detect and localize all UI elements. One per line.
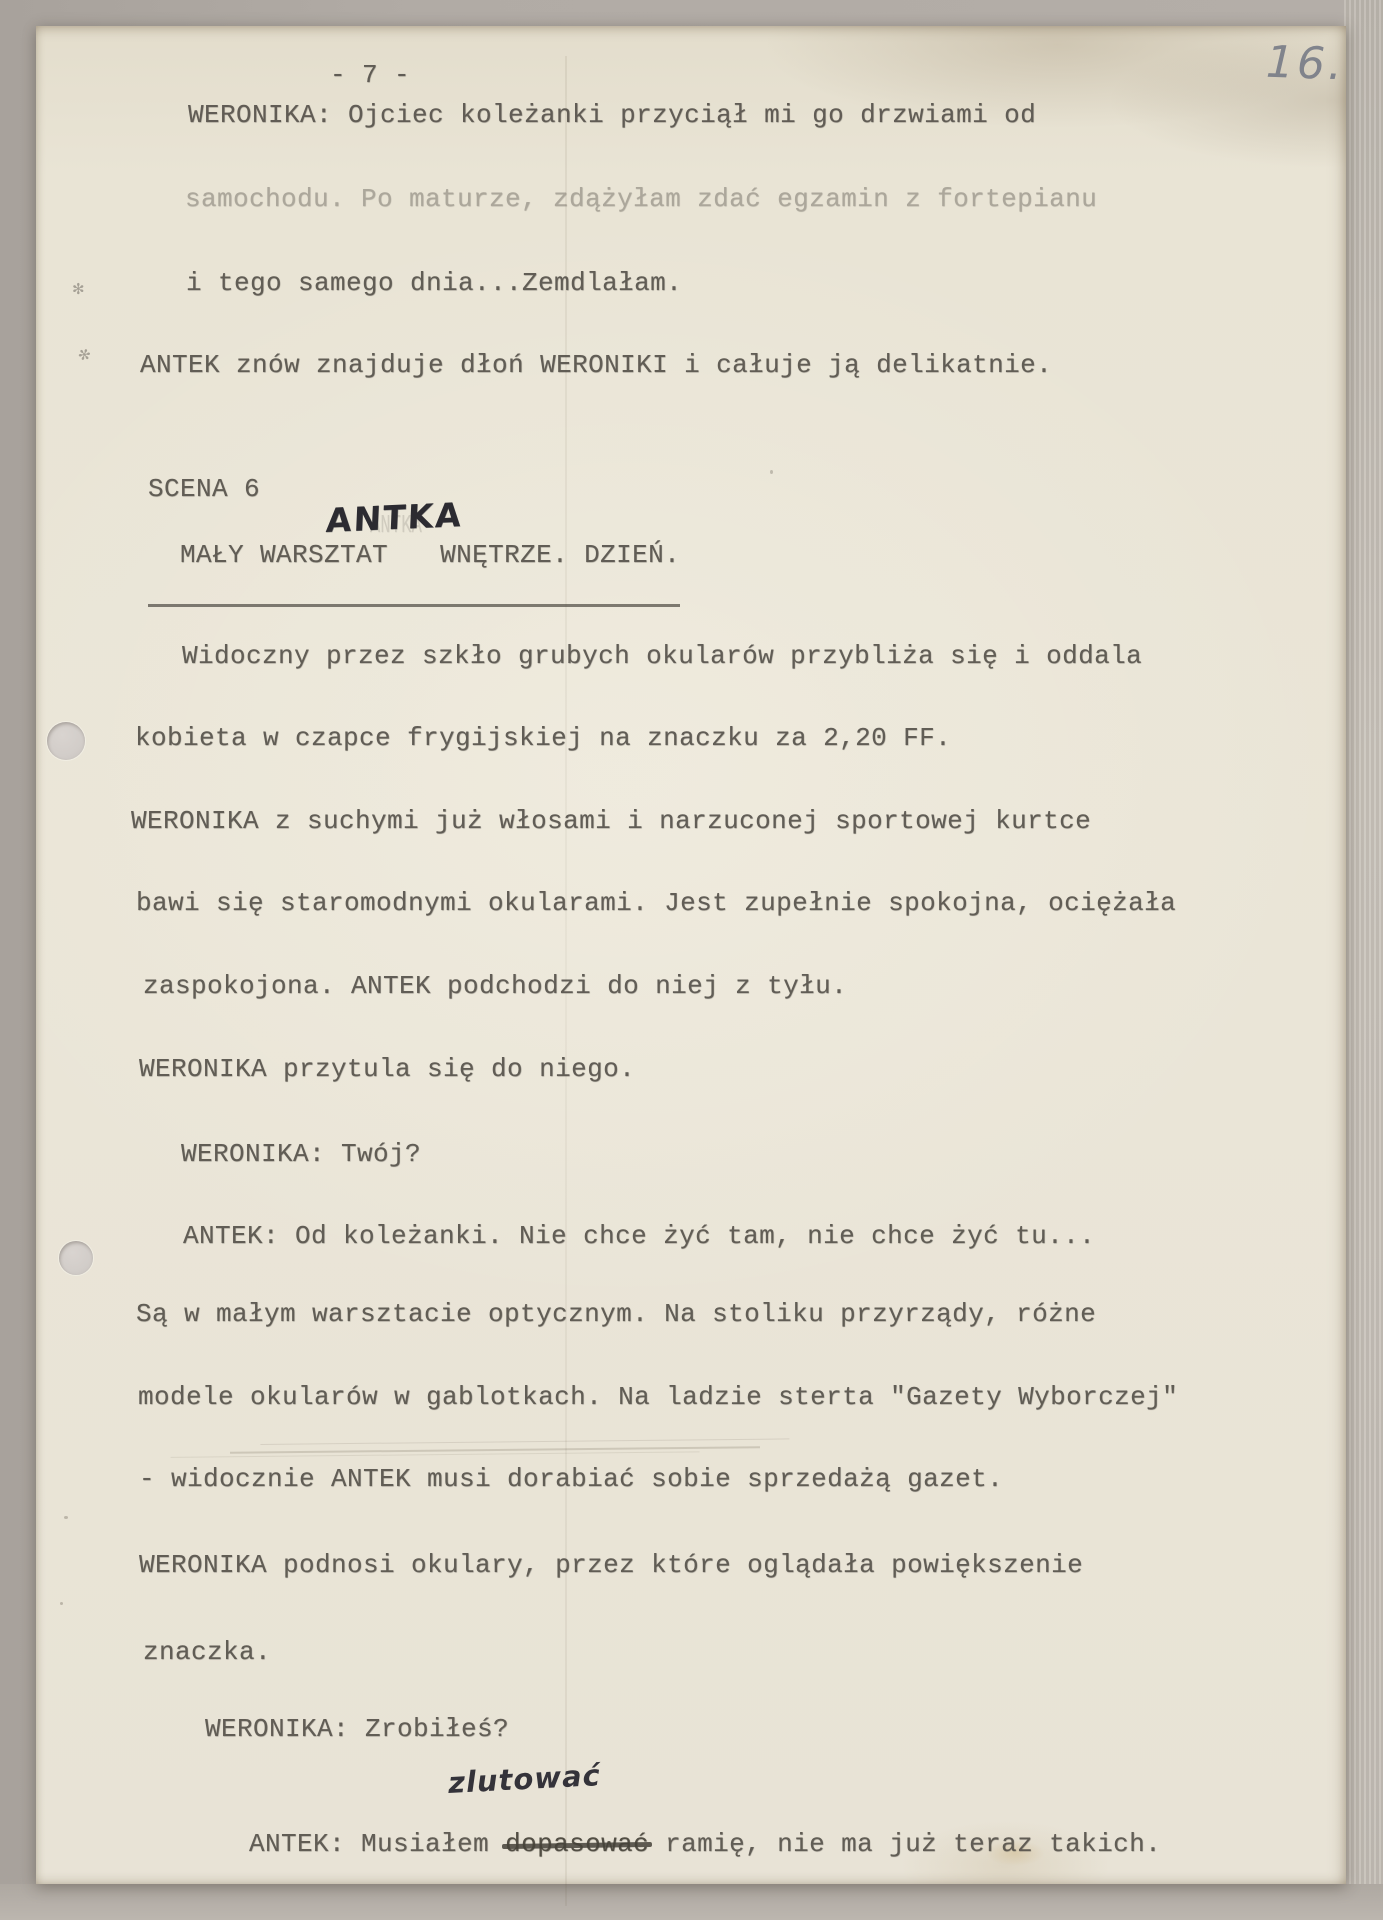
typed-line: modele okularów w gablotkach. Na ladzie …	[138, 1382, 1178, 1412]
paper-speck	[64, 1516, 68, 1519]
final-dialogue-suffix: ramię, nie ma już teraz takich.	[649, 1829, 1161, 1859]
typed-line: samochodu. Po maturze, zdążyłam zdać egz…	[185, 184, 1097, 214]
typed-line: i tego samego dnia...Zemdlałam.	[186, 268, 682, 298]
scene-heading-time: WNĘTRZE. DZIEŃ.	[440, 540, 680, 570]
handwritten-page-index: 16.	[1265, 37, 1346, 91]
typed-line: WERONIKA: Zrobiłeś?	[205, 1714, 509, 1744]
scanned-script-page: { "page": { "number_label": "- 7 -", "co…	[0, 0, 1383, 1920]
typed-line: znaczka.	[143, 1637, 271, 1667]
typed-line: WERONIKA przytula się do niego.	[139, 1054, 635, 1084]
scanner-background-right	[1344, 0, 1383, 1920]
handwritten-insert-antka: ANTKA	[325, 495, 463, 540]
paper-speck	[60, 1602, 63, 1605]
punch-hole-bottom	[59, 1241, 93, 1275]
typed-line: ANTEK: Od koleżanki. Nie chce żyć tam, n…	[183, 1221, 1095, 1251]
typed-line: bawi się staromodnymi okularami. Jest zu…	[136, 888, 1176, 918]
page-number: - 7 -	[330, 60, 410, 90]
typed-line: zaspokojona. ANTEK podchodzi do niej z t…	[143, 971, 847, 1001]
typed-line: WERONIKA z suchymi już włosami i narzuco…	[131, 806, 1091, 836]
final-dialogue-prefix: ANTEK: Musiałem	[249, 1829, 505, 1859]
struck-word: dopasować	[505, 1829, 649, 1859]
paper-sheet	[36, 26, 1346, 1884]
typed-line: - widocznie ANTEK musi dorabiać sobie sp…	[139, 1464, 1003, 1494]
final-dialogue-line: ANTEK: Musiałem dopasować ramię, nie ma …	[217, 1799, 1161, 1859]
typed-line: ANTEK znów znajduje dłoń WERONIKI i cału…	[140, 350, 1052, 380]
typed-line: WERONIKA podnosi okulary, przez które og…	[139, 1550, 1083, 1580]
typed-line: Widoczny przez szkło grubych okularów pr…	[182, 641, 1142, 671]
punch-hole-top	[47, 722, 85, 760]
typed-line: kobieta w czapce frygijskiej na znaczku …	[135, 723, 951, 753]
paper-speck	[770, 470, 773, 474]
scanner-background-bottom	[0, 1884, 1383, 1920]
typed-line: WERONIKA: Twój?	[181, 1139, 421, 1169]
typed-line: WERONIKA: Ojciec koleżanki przyciął mi g…	[188, 100, 1036, 130]
pin-mark: ✻	[72, 280, 85, 298]
typed-line: Są w małym warsztacie optycznym. Na stol…	[136, 1299, 1096, 1329]
typed-line: SCENA 6	[148, 474, 260, 504]
scene-heading-location: MAŁY WARSZTAT	[180, 540, 388, 570]
